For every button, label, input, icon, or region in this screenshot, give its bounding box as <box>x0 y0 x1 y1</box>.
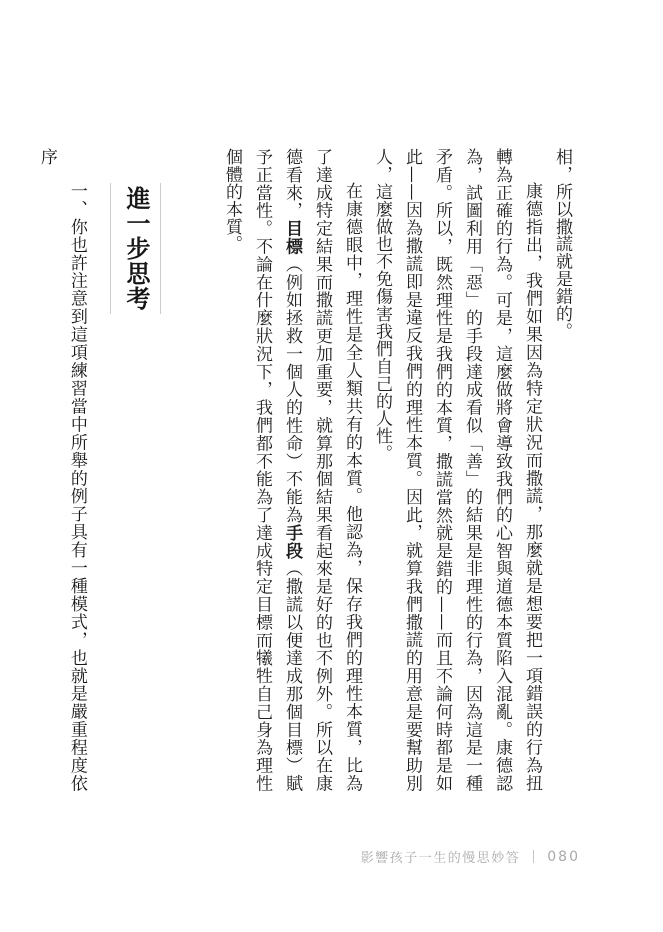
further-thinking-section: 進一步思考 一、你也許注意到這項練習當中所舉的例子具有一種模式，也就是嚴重程度依… <box>32 148 179 792</box>
page-number: 080 <box>547 849 580 865</box>
paragraph-continuation: 相，所以撒謊就是錯的。 <box>547 148 577 792</box>
page-footer: 影響孩子一生的慢思妙答 080 <box>361 847 580 866</box>
bold-term-goal: 目標 <box>282 220 302 256</box>
book-page: 相，所以撒謊就是錯的。 康德指出，我們如果因為特定狀況而撒謊，那麼就是想要把一項… <box>0 0 663 932</box>
paragraph-kant-lying: 康德指出，我們如果因為特定狀況而撒謊，那麼就是想要把一項錯誤的行為扭轉為正確的行… <box>367 148 547 792</box>
footer-divider <box>533 850 534 863</box>
body-text: 相，所以撒謊就是錯的。 康德指出，我們如果因為特定狀況而撒謊，那麼就是想要把一項… <box>217 148 577 792</box>
bold-term-means: 手段 <box>282 524 302 560</box>
numbered-item-1: 一、你也許注意到這項練習當中所舉的例子具有一種模式，也就是嚴重程度依序 <box>32 148 92 792</box>
paragraph-kant-reason: 在康德眼中，理性是全人類共有的本質。他認為，保存我們的理性本質，比為了達成特定結… <box>217 148 367 792</box>
section-heading: 進一步思考 <box>110 183 161 314</box>
running-book-title: 影響孩子一生的慢思妙答 <box>361 847 521 866</box>
paragraph-kant-reason-text: （例如拯救一個人的性命）不能為 <box>282 255 302 524</box>
